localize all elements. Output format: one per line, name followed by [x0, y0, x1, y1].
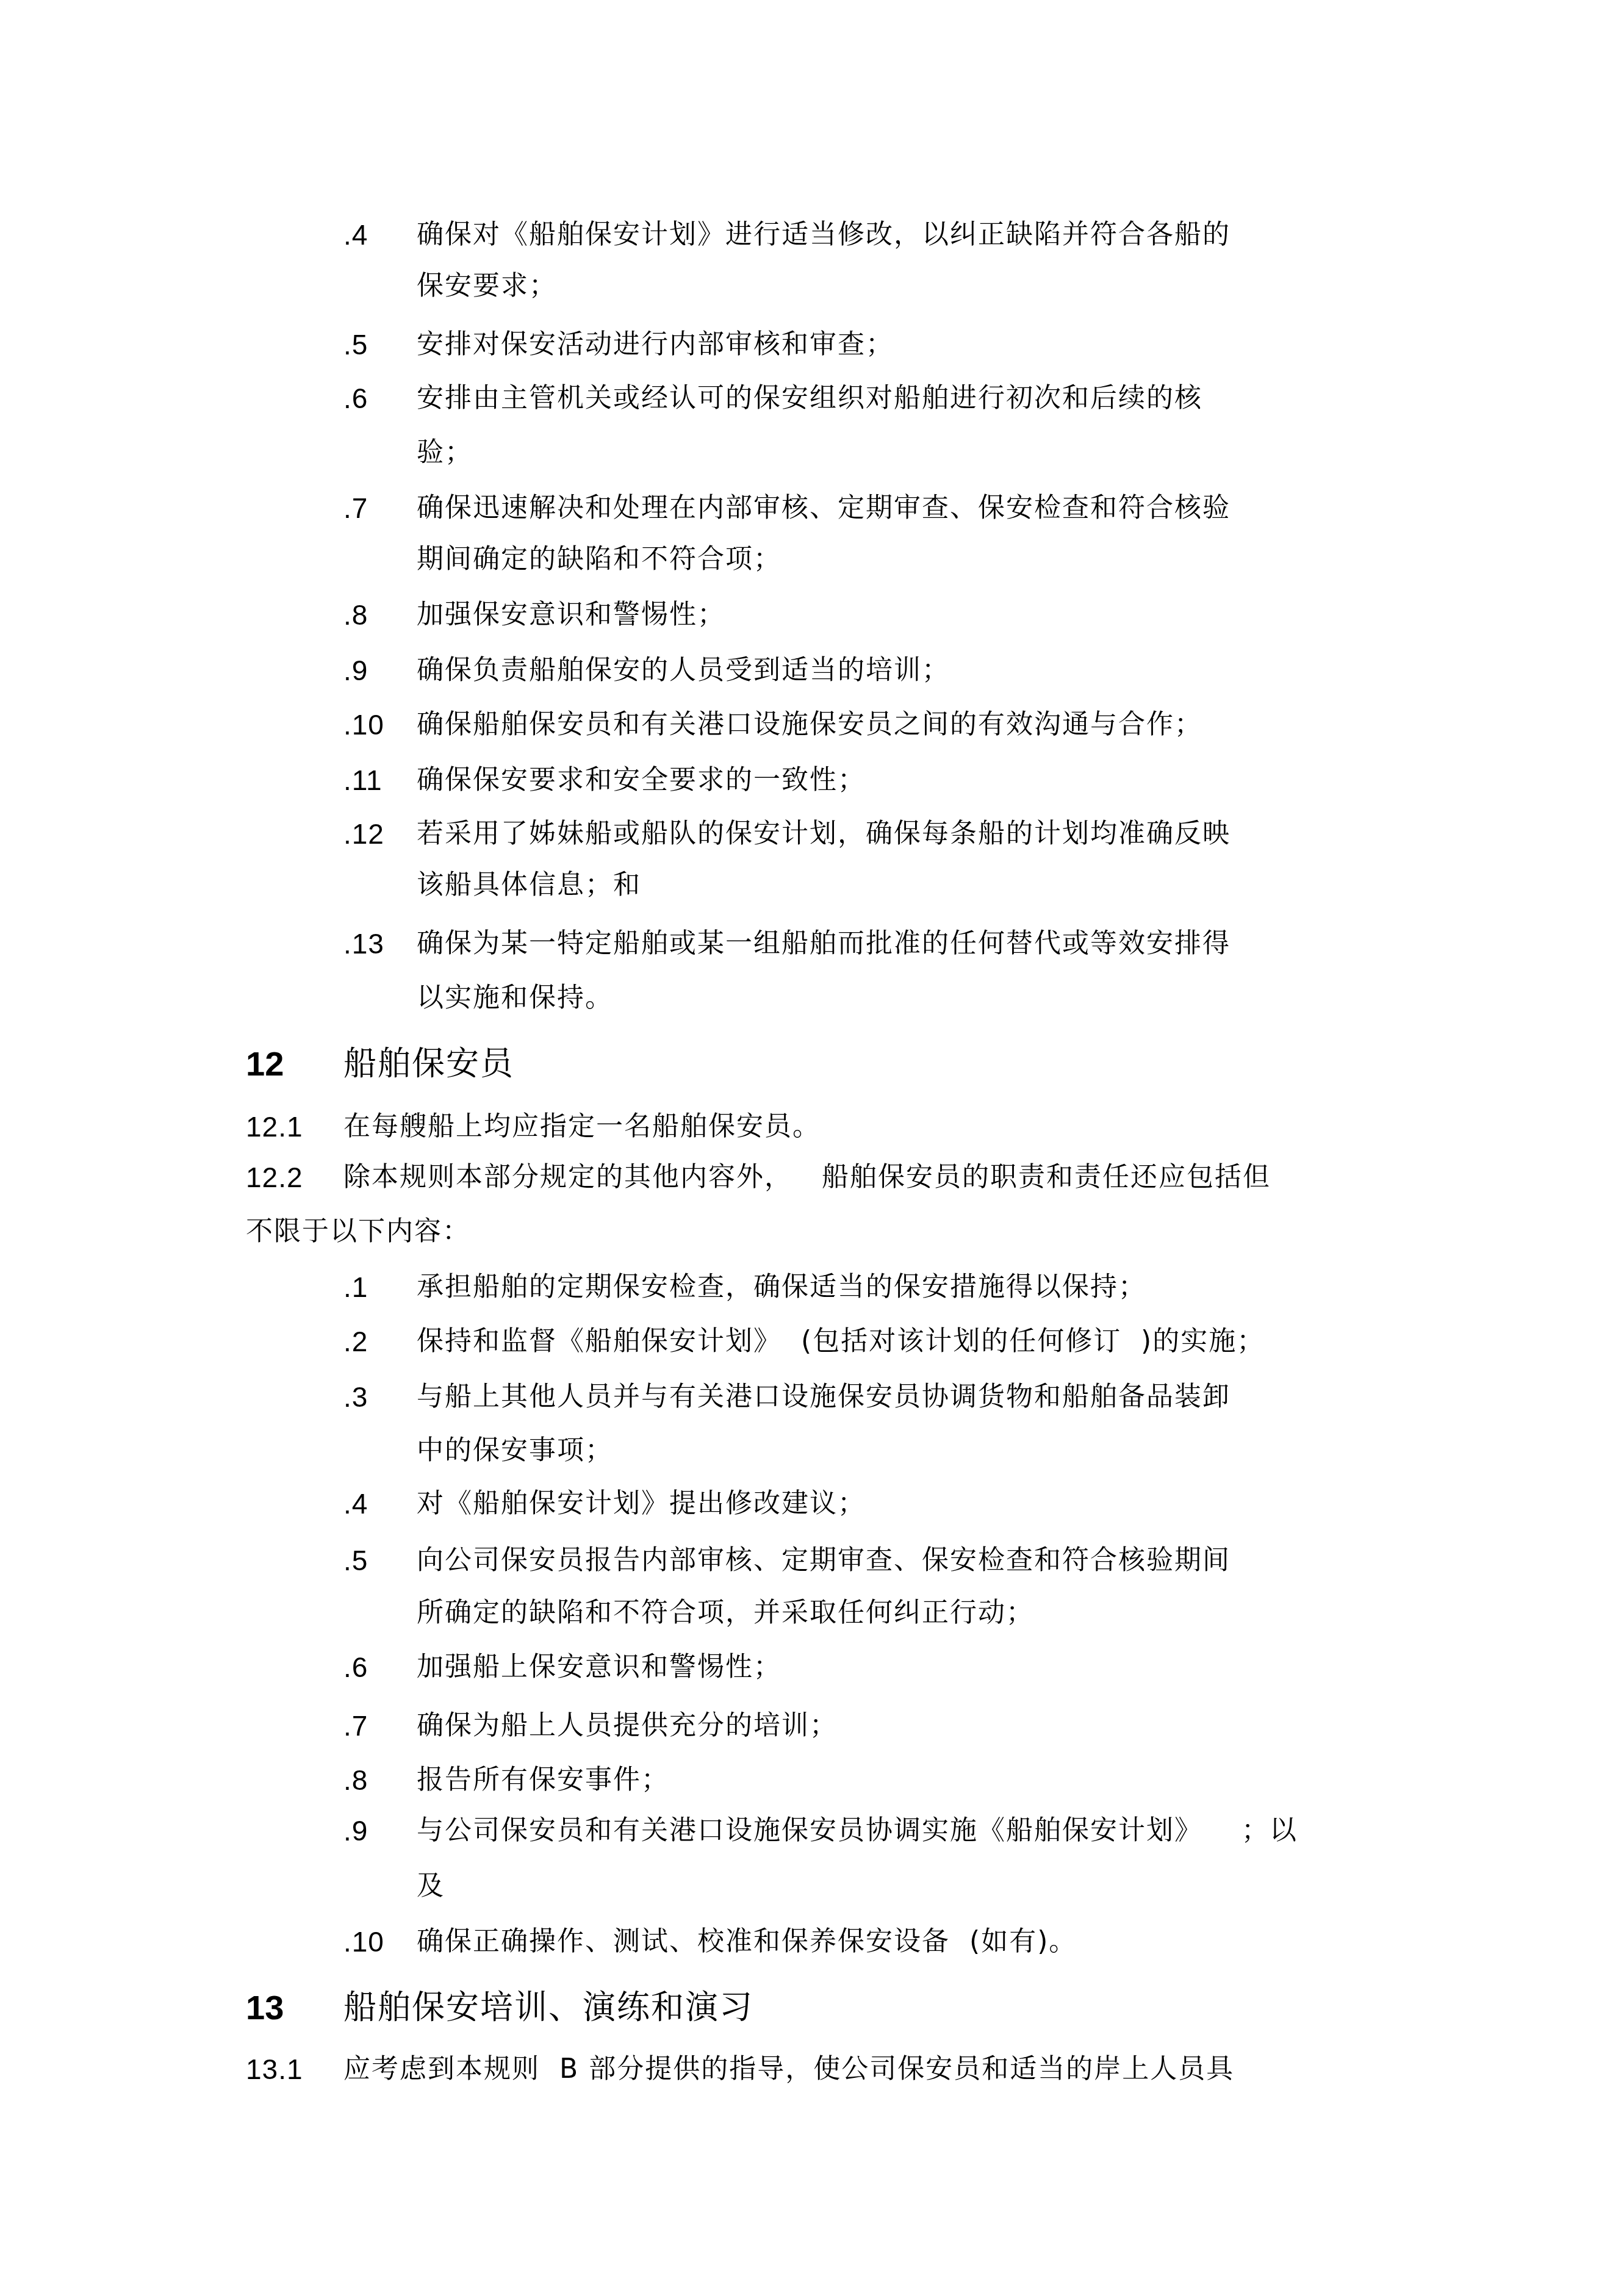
item-text: 确保为某一特定船舶或某一组船舶而批准的任何替代或等效安排得 [417, 925, 1231, 962]
item-text-continuation: 中的保安事项； [417, 1432, 613, 1469]
item-text: 对《船舶保安计划》提出修改建议； [417, 1485, 866, 1522]
item-number: .9 [343, 1812, 368, 1849]
clause-text: 在每艘船上均应指定一名船舶保安员。 [343, 1108, 821, 1145]
section-title: 船舶保安员 [343, 1046, 514, 1082]
item-number: .4 [343, 1485, 368, 1522]
item-text: 向公司保安员报告内部审核、定期审查、保安检查和符合核验期间 [417, 1542, 1231, 1579]
item-text: 确保船舶保安员和有关港口设施保安员之间的有效沟通与合作； [417, 706, 1202, 743]
item-text-continuation: 所确定的缺陷和不符合项，并采取任何纠正行动； [417, 1595, 1034, 1631]
item-number: .13 [343, 925, 384, 962]
section-title: 船舶保安培训、演练和演习 [343, 1989, 753, 2026]
section-number: 12 [246, 1046, 284, 1082]
item-text: 确保迅速解决和处理在内部审核、定期审查、保安检查和符合核验 [417, 490, 1231, 526]
item-text-continuation: 保安要求； [417, 268, 557, 304]
item-text-continuation: 验； [417, 434, 473, 471]
clause-text: 除本规则本部分规定的其他内容外， 船舶保安员的职责和责任还应包括但 [343, 1159, 1271, 1196]
item-number: .5 [343, 326, 368, 363]
clause-number: 12.2 [246, 1159, 303, 1196]
item-text: 若采用了姊妹船或船队的保安计划，确保每条船的计划均准确反映 [417, 816, 1231, 852]
item-number: .11 [343, 762, 383, 799]
item-number: .8 [343, 1762, 368, 1798]
section-number: 13 [246, 1989, 284, 2026]
item-number: .5 [343, 1542, 368, 1579]
clause-number: 12.1 [246, 1108, 303, 1145]
item-number: .8 [343, 597, 368, 633]
item-text-continuation: 及 [417, 1868, 445, 1905]
item-text: 安排对保安活动进行内部审核和审查； [417, 326, 894, 363]
item-text: 与船上其他人员并与有关港口设施保安员协调货物和船舶备品装卸 [417, 1379, 1231, 1415]
item-number: .6 [343, 1649, 368, 1686]
item-number: .7 [343, 1708, 368, 1744]
item-number: .12 [343, 816, 384, 852]
item-text: 与公司保安员和有关港口设施保安员协调实施《船舶保安计划》 ；以 [417, 1812, 1298, 1849]
item-text: 确保正确操作、测试、校准和保养保安设备 (如有)。 [417, 1923, 1077, 1960]
clause-number: 13.1 [246, 2051, 303, 2088]
item-text-continuation: 该船具体信息；和 [417, 867, 641, 903]
item-text: 安排由主管机关或经认可的保安组织对船舶进行初次和后续的核 [417, 380, 1202, 417]
item-number: .7 [343, 490, 368, 526]
item-number: .9 [343, 652, 368, 689]
item-text: 承担船舶的定期保安检查，确保适当的保安措施得以保持； [417, 1269, 1146, 1306]
item-text: 报告所有保安事件； [417, 1762, 669, 1798]
item-text-continuation: 以实施和保持。 [417, 980, 613, 1016]
clause-text-continuation: 不限于以下内容： [246, 1213, 470, 1250]
item-number: .2 [343, 1323, 368, 1360]
item-text: 加强保安意识和警惕性； [417, 597, 725, 633]
item-number: .3 [343, 1379, 368, 1415]
item-number: .10 [343, 706, 384, 743]
document-page: .4 确保对《船舶保安计划》进行适当修改，以纠正缺陷并符合各船的 保安要求； .… [0, 0, 1624, 2295]
item-number: .10 [343, 1923, 384, 1960]
item-number: .4 [343, 217, 368, 253]
item-text: 加强船上保安意识和警惕性； [417, 1649, 781, 1686]
item-text: 保持和监督《船舶保安计划》 (包括对该计划的任何修订 )的实施； [417, 1323, 1265, 1360]
item-number: .6 [343, 380, 368, 417]
item-text-continuation: 期间确定的缺陷和不符合项； [417, 541, 781, 578]
item-text: 确保为船上人员提供充分的培训； [417, 1708, 838, 1744]
item-text: 确保对《船舶保安计划》进行适当修改，以纠正缺陷并符合各船的 [417, 217, 1231, 253]
item-text: 确保保安要求和安全要求的一致性； [417, 762, 866, 799]
item-text: 确保负责船舶保安的人员受到适当的培训； [417, 652, 950, 689]
clause-text: 应考虑到本规则 B 部分提供的指导，使公司保安员和适当的岸上人员具 [343, 2051, 1234, 2088]
item-number: .1 [343, 1269, 368, 1306]
